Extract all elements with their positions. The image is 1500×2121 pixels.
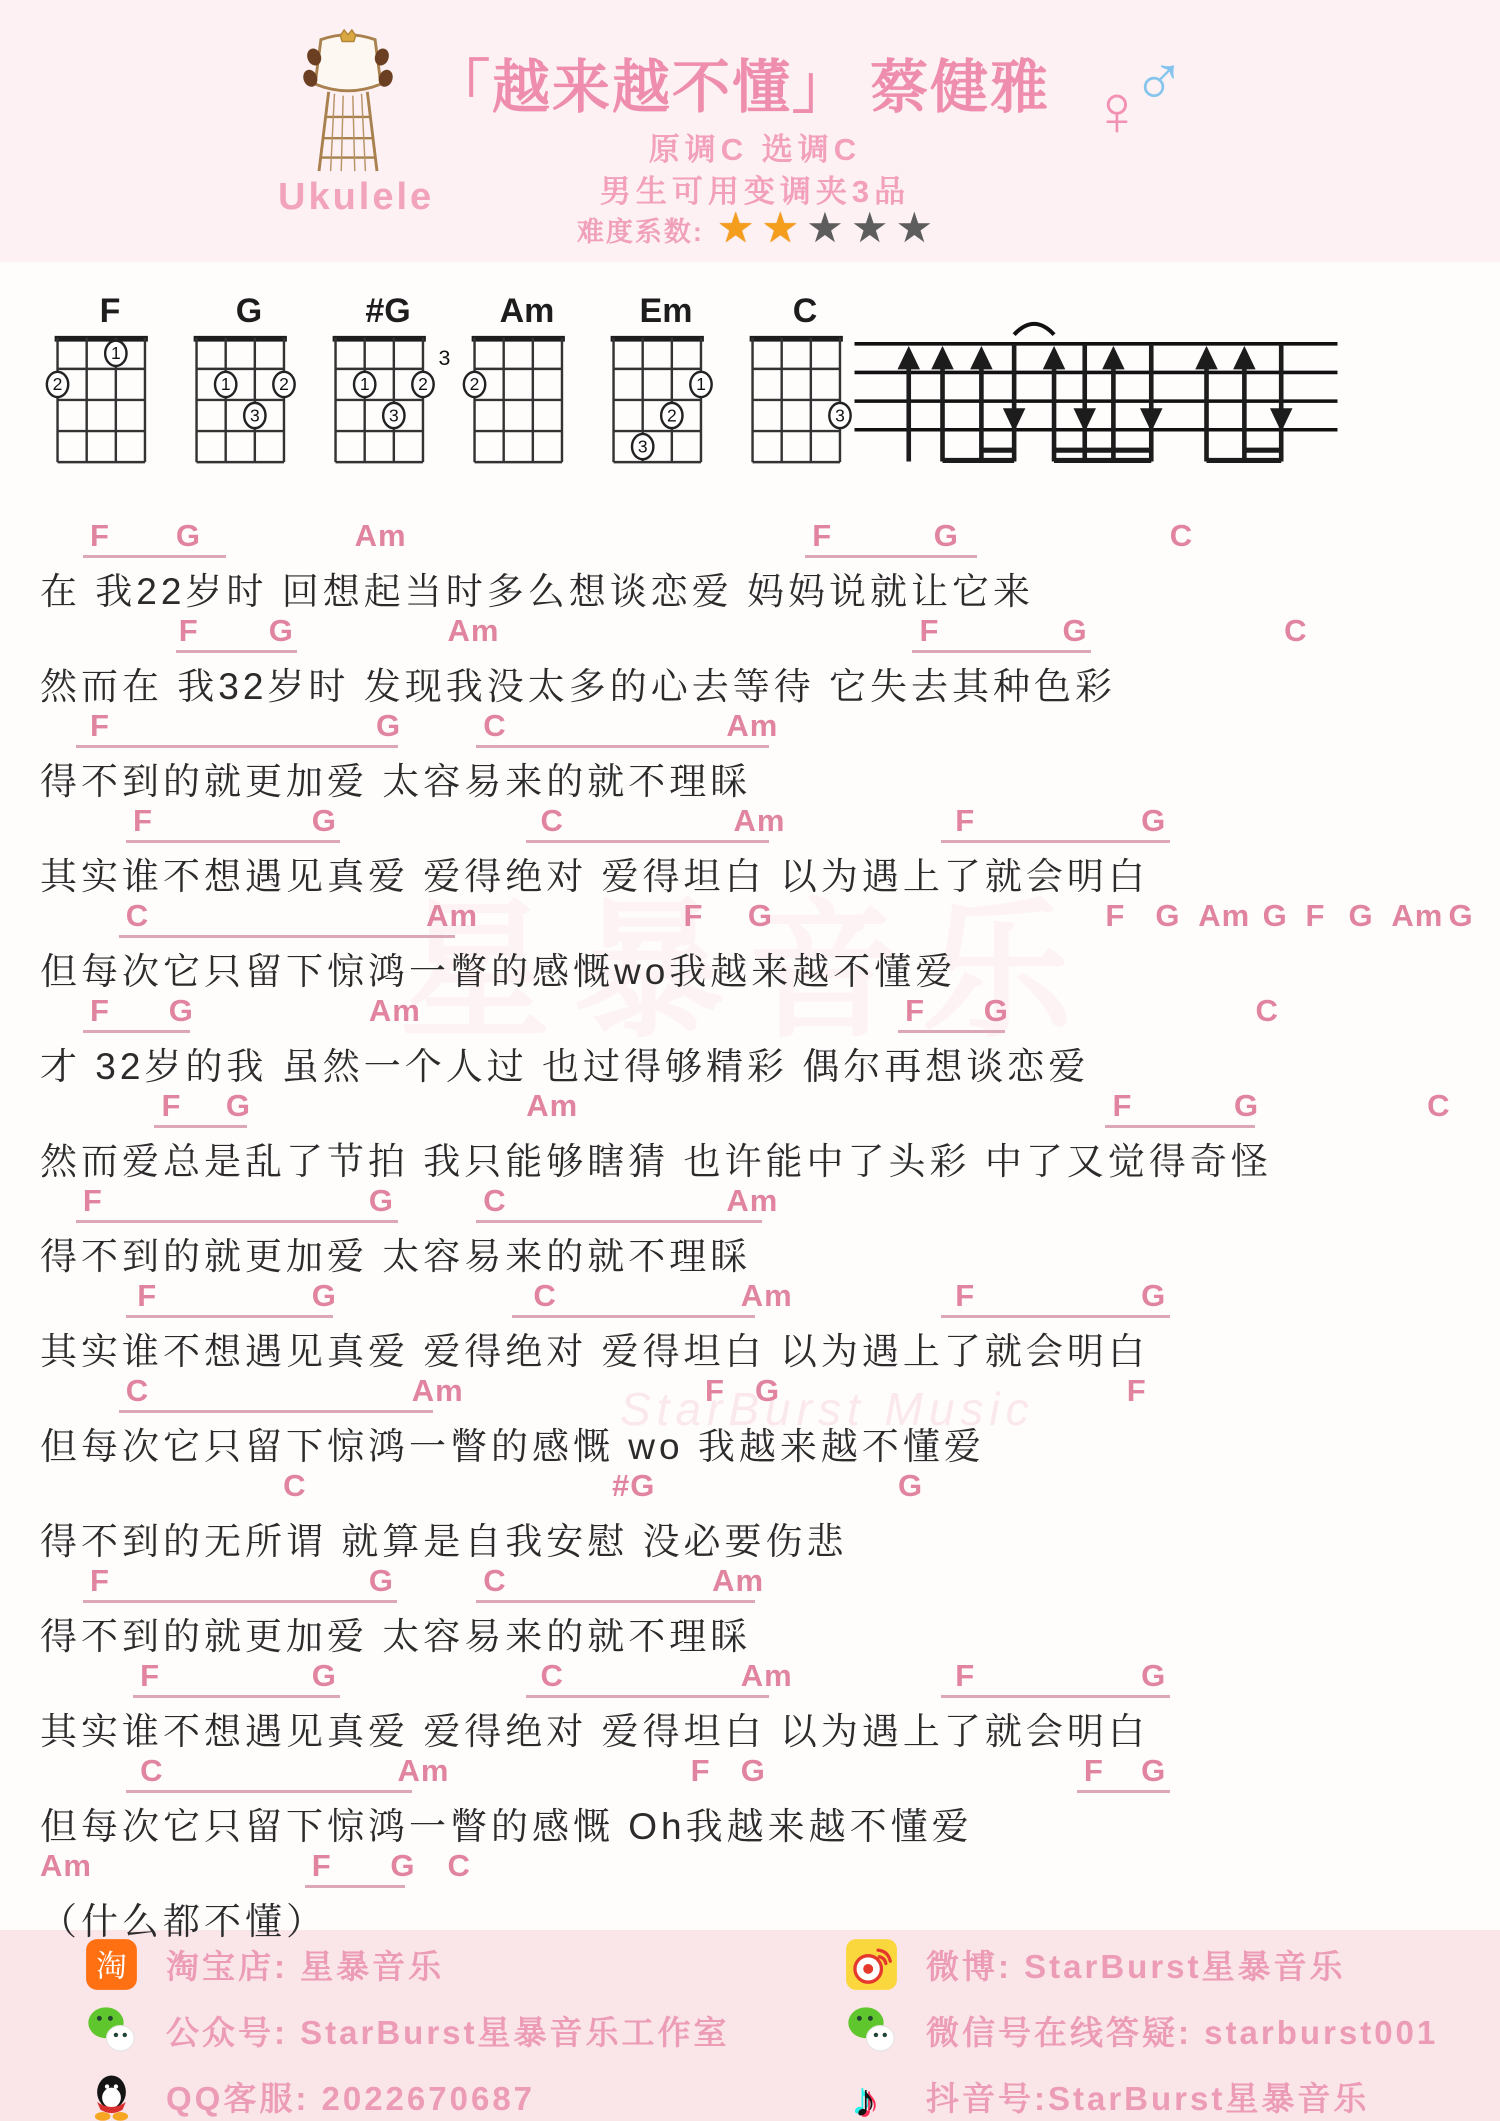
taobao-icon: 淘 <box>85 1938 138 1991</box>
chord-label: G <box>312 1278 337 1314</box>
svg-text:♪: ♪ <box>854 2074 877 2121</box>
chord-label: G <box>984 993 1009 1029</box>
svg-text:2: 2 <box>667 405 677 425</box>
chord-label: G <box>390 1848 415 1884</box>
chord-diagram-Am: Am2 <box>459 292 595 473</box>
svg-text:3: 3 <box>389 405 399 425</box>
chord-label: G <box>176 518 201 554</box>
difficulty-label: 难度系数: <box>577 206 704 249</box>
chord-label: G <box>934 518 959 554</box>
chord-underline <box>1077 1790 1170 1793</box>
chord-row: FGAmFGC <box>40 613 1470 653</box>
chord-row: FGCAm <box>40 1183 1470 1223</box>
lyric-text: 得不到的就更加爱 太容易来的就不理睬 <box>40 1603 1470 1660</box>
chord-underline <box>305 1885 405 1888</box>
lyric-line: FGCAmFG其实谁不想遇见真爱 爱得绝对 爱得坦白 以为遇上了就会明白 <box>40 1658 1470 1753</box>
chord-label: G <box>1348 898 1373 934</box>
chord-label: G <box>741 1753 766 1789</box>
chord-label: F <box>812 518 832 554</box>
lyric-line: FGAmFGC在 我22岁时 回想起当时多么想谈恋爱 妈妈说就让它来 <box>40 518 1470 613</box>
svg-text:3: 3 <box>835 405 845 425</box>
fretboard-grid: 12 <box>42 330 178 468</box>
footer-label: QQ客服: 2022670687 <box>166 2073 535 2120</box>
chord-label: F <box>1105 898 1125 934</box>
chord-label: G <box>898 1468 923 1504</box>
chord-label: Am <box>741 1658 793 1694</box>
chord-name: G <box>181 292 317 330</box>
chord-row: CAmFGFG <box>40 1753 1470 1793</box>
chord-label: G <box>1141 803 1166 839</box>
lyric-line: AmFGC（什么都不懂） <box>40 1848 1470 1943</box>
chord-underline <box>126 1790 412 1793</box>
chord-row: FGCAmFG <box>40 803 1470 843</box>
chord-name: Am <box>459 292 595 330</box>
lyric-text: 才 32岁的我 虽然一个人过 也过得够精彩 偶尔再想谈恋爱 <box>40 1033 1470 1090</box>
tiktok-icon: ♪♪♪ <box>845 2070 898 2121</box>
chord-underline <box>176 650 298 653</box>
lyric-text: 得不到的无所谓 就算是自我安慰 没必要伤悲 <box>40 1508 1470 1565</box>
chord-underline <box>512 1315 755 1318</box>
chord-label: F <box>162 1088 182 1124</box>
footer-contact-row: QQ客服: 2022670687 <box>85 2070 730 2121</box>
lyric-line: CAmFGFG但每次它只留下惊鸿一瞥的感慨 Oh我越来越不懂爱 <box>40 1753 1470 1848</box>
chord-label: Am <box>448 613 500 649</box>
chord-label: Am <box>1391 898 1443 934</box>
chord-label: Am <box>40 1848 92 1884</box>
chord-label: G <box>1141 1278 1166 1314</box>
chord-label: F <box>1306 898 1326 934</box>
lyric-text: （什么都不懂） <box>40 1888 1470 1945</box>
chord-row: CAmFGFGAmGFGAmG <box>40 898 1470 938</box>
lyric-line: CAmFGF但每次它只留下惊鸿一瞥的感慨 wo 我越来越不懂爱 <box>40 1373 1470 1468</box>
chord-underline <box>83 555 226 558</box>
lyric-text: 其实谁不想遇见真爱 爱得绝对 爱得坦白 以为遇上了就会明白 <box>40 1698 1470 1755</box>
chord-label: C <box>126 898 149 934</box>
chord-label: G <box>1141 1753 1166 1789</box>
chord-label: F <box>691 1753 711 1789</box>
chord-underline <box>119 935 455 938</box>
chord-label: F <box>90 993 110 1029</box>
lyric-line: FGCAm得不到的就更加爱 太容易来的就不理睬 <box>40 1183 1470 1278</box>
chord-label: F <box>905 993 925 1029</box>
chord-diagram-G: G123 <box>181 292 317 473</box>
chord-underline <box>941 840 1170 843</box>
footer-contact-row: 微信号在线答疑: starburst001 <box>845 2004 1438 2057</box>
difficulty-row: 难度系数: ★★★★★ <box>430 206 1080 249</box>
lyric-line: FGAmFGC然而在 我32岁时 发现我没太多的心去等待 它失去其种色彩 <box>40 613 1470 708</box>
footer-label: 淘宝店: 星暴音乐 <box>166 1941 444 1988</box>
chord-label: F <box>684 898 704 934</box>
chord-label: G <box>1234 1088 1259 1124</box>
chord-label: C <box>483 708 506 744</box>
chord-underline <box>912 650 1091 653</box>
chord-label: C <box>483 1183 506 1219</box>
chord-label: F <box>705 1373 725 1409</box>
lyric-text: 但每次它只留下惊鸿一瞥的感慨wo我越来越不懂爱 <box>40 938 1470 995</box>
lyric-text: 其实谁不想遇见真爱 爱得绝对 爱得坦白 以为遇上了就会明白 <box>40 843 1470 900</box>
chord-label: Am <box>526 1088 578 1124</box>
chord-label: F <box>312 1848 332 1884</box>
chord-label: G <box>748 898 773 934</box>
chord-underline <box>526 840 769 843</box>
lyric-line: FGCAm得不到的就更加爱 太容易来的就不理睬 <box>40 1563 1470 1658</box>
chord-label: F <box>140 1658 160 1694</box>
chord-underline <box>83 1030 190 1033</box>
chord-sheet-page: 星暴音乐 StarBurst Music Ukulele <box>0 0 1500 2121</box>
star-empty-icon: ★ <box>806 204 844 251</box>
chord-label: G <box>1062 613 1087 649</box>
chord-label: G <box>1141 1658 1166 1694</box>
chord-underline <box>76 745 398 748</box>
song-title: 「越来越不懂」 蔡健雅 <box>432 40 1050 124</box>
chord-row: FGCAm <box>40 1563 1470 1603</box>
lyric-text: 然而在 我32岁时 发现我没太多的心去等待 它失去其种色彩 <box>40 653 1470 710</box>
chord-label: F <box>1084 1753 1104 1789</box>
chord-label: C <box>541 1658 564 1694</box>
chord-underline <box>133 1695 340 1698</box>
chord-name: Em <box>598 292 734 330</box>
svg-text:2: 2 <box>470 374 480 394</box>
strum-pattern <box>850 308 1342 484</box>
chord-label: G <box>312 803 337 839</box>
lyric-text: 其实谁不想遇见真爱 爱得绝对 爱得坦白 以为遇上了就会明白 <box>40 1318 1470 1375</box>
chord-row: CAmFGF <box>40 1373 1470 1413</box>
chord-name: F <box>42 292 178 330</box>
chord-label: C <box>283 1468 306 1504</box>
lyric-line: FGCAmFG其实谁不想遇见真爱 爱得绝对 爱得坦白 以为遇上了就会明白 <box>40 803 1470 898</box>
chord-label: C <box>126 1373 149 1409</box>
lyric-text: 得不到的就更加爱 太容易来的就不理睬 <box>40 1223 1470 1280</box>
chord-row: C#GG <box>40 1468 1470 1508</box>
chord-label: C <box>448 1848 471 1884</box>
chord-label: F <box>179 613 199 649</box>
male-icon: ♂ <box>1132 38 1186 120</box>
footer-contact-row: 公众号: StarBurst星暴音乐工作室 <box>85 2004 730 2057</box>
fretboard-grid: 123 <box>598 330 734 468</box>
chord-label: C <box>1284 613 1307 649</box>
chord-label: C <box>1170 518 1193 554</box>
chord-label: G <box>269 613 294 649</box>
fretboard-grid: 123 <box>181 330 317 468</box>
chord-name: #G <box>320 292 456 330</box>
wechat-icon <box>845 2004 898 2057</box>
chord-label: G <box>226 1088 251 1124</box>
chord-label: Am <box>369 993 421 1029</box>
chord-underline <box>476 1220 762 1223</box>
svg-text:2: 2 <box>53 374 63 394</box>
lyric-line: FGCAmFG其实谁不想遇见真爱 爱得绝对 爱得坦白 以为遇上了就会明白 <box>40 1278 1470 1373</box>
star-empty-icon: ★ <box>851 204 889 251</box>
footer-contact-row: 微博: StarBurst星暴音乐 <box>845 1938 1438 1991</box>
chord-underline <box>1105 1125 1255 1128</box>
svg-text:淘: 淘 <box>96 1949 127 1984</box>
ukulele-logo <box>268 28 428 178</box>
lyric-line: FGCAm得不到的就更加爱 太容易来的就不理睬 <box>40 708 1470 803</box>
chord-label: F <box>133 803 153 839</box>
chord-label: F <box>955 1278 975 1314</box>
lyric-text: 得不到的就更加爱 太容易来的就不理睬 <box>40 748 1470 805</box>
capo-info: 男生可用变调夹3品 <box>430 166 1080 211</box>
chord-label: G <box>1449 898 1474 934</box>
fretboard-grid: 1233 <box>320 330 456 468</box>
chord-label: F <box>83 1183 103 1219</box>
svg-text:1: 1 <box>360 374 370 394</box>
chord-row: FGCAmFG <box>40 1278 1470 1318</box>
lyric-text: 然而爱总是乱了节拍 我只能够瞎猜 也许能中了头彩 中了又觉得奇怪 <box>40 1128 1470 1185</box>
difficulty-stars: ★★★★★ <box>710 207 933 249</box>
chord-label: G <box>1263 898 1288 934</box>
chord-row: FGAmFGC <box>40 518 1470 558</box>
chord-underline <box>476 1600 755 1603</box>
star-filled-icon: ★ <box>762 204 800 251</box>
lyric-text: 但每次它只留下惊鸿一瞥的感慨 Oh我越来越不懂爱 <box>40 1793 1470 1850</box>
chord-label: C <box>1427 1088 1450 1124</box>
chord-underline <box>941 1695 1170 1698</box>
chord-label: F <box>90 1563 110 1599</box>
footer-contact-row: 淘淘宝店: 星暴音乐 <box>85 1938 730 1991</box>
chord-label: F <box>90 518 110 554</box>
chord-row: FGCAm <box>40 708 1470 748</box>
chord-label: Am <box>426 898 478 934</box>
lyric-line: FGAmFGC然而爱总是乱了节拍 我只能够瞎猜 也许能中了头彩 中了又觉得奇怪 <box>40 1088 1470 1183</box>
chord-label: Am <box>726 1183 778 1219</box>
chord-label: G <box>369 1183 394 1219</box>
chord-label: F <box>919 613 939 649</box>
footer-label: 抖音号:StarBurst星暴音乐 <box>926 2073 1369 2120</box>
fretboard-grid: 2 <box>459 330 595 468</box>
lyric-text: 在 我22岁时 回想起当时多么想谈恋爱 妈妈说就让它来 <box>40 558 1470 615</box>
chord-label: Am <box>398 1753 450 1789</box>
chord-label: G <box>376 708 401 744</box>
wechat-icon <box>85 2004 138 2057</box>
footer-left-column: 淘淘宝店: 星暴音乐公众号: StarBurst星暴音乐工作室QQ客服: 202… <box>85 1938 730 2121</box>
svg-text:3: 3 <box>250 405 260 425</box>
chord-underline <box>805 555 977 558</box>
chord-label: G <box>169 993 194 1029</box>
lyrics-section: FGAmFGC在 我22岁时 回想起当时多么想谈恋爱 妈妈说就让它来FGAmFG… <box>40 518 1470 1943</box>
footer-right-column: 微博: StarBurst星暴音乐微信号在线答疑: starburst001♪♪… <box>845 1938 1438 2121</box>
chord-label: G <box>312 1658 337 1694</box>
ukulele-wordmark: Ukulele <box>278 176 434 219</box>
chord-label: Am <box>726 708 778 744</box>
gender-symbols-icon: ♀ ♂ <box>1090 44 1220 164</box>
chord-label: F <box>1113 1088 1133 1124</box>
footer-label: 微信号在线答疑: starburst001 <box>926 2007 1438 2054</box>
key-info: 原调C 选调C <box>430 124 1080 169</box>
chord-label: F <box>1127 1373 1147 1409</box>
chord-underline <box>126 840 341 843</box>
svg-text:3: 3 <box>439 346 451 370</box>
svg-text:1: 1 <box>221 374 231 394</box>
ukulele-headstock-icon <box>273 28 423 173</box>
chord-row: FGAmFGC <box>40 993 1470 1033</box>
chord-underline <box>119 1410 434 1413</box>
footer-contact-row: ♪♪♪抖音号:StarBurst星暴音乐 <box>845 2070 1438 2121</box>
chord-label: C <box>483 1563 506 1599</box>
chord-label: G <box>1155 898 1180 934</box>
chord-label: Am <box>712 1563 764 1599</box>
chord-row: AmFGC <box>40 1848 1470 1888</box>
chord-diagram-Em: Em123 <box>598 292 734 473</box>
svg-text:3: 3 <box>638 436 648 456</box>
chord-row: FGCAmFG <box>40 1658 1470 1698</box>
chord-underline <box>83 1600 398 1603</box>
chord-underline <box>126 1315 333 1318</box>
lyric-line: C#GG得不到的无所谓 就算是自我安慰 没必要伤悲 <box>40 1468 1470 1563</box>
star-filled-icon: ★ <box>717 204 755 251</box>
chord-label: F <box>955 1658 975 1694</box>
chord-underline <box>898 1030 1005 1033</box>
chord-label: Am <box>355 518 407 554</box>
lyric-line: CAmFGFGAmGFGAmG但每次它只留下惊鸿一瞥的感慨wo我越来越不懂爱 <box>40 898 1470 993</box>
lyric-line: FGAmFGC才 32岁的我 虽然一个人过 也过得够精彩 偶尔再想谈恋爱 <box>40 993 1470 1088</box>
chord-diagram-row: F12G123#G1233Am2Em123C3 <box>42 292 876 473</box>
chord-label: Am <box>741 1278 793 1314</box>
chord-label: Am <box>734 803 786 839</box>
chord-label: C <box>1256 993 1279 1029</box>
footer-label: 公众号: StarBurst星暴音乐工作室 <box>166 2007 730 2054</box>
lyric-text: 但每次它只留下惊鸿一瞥的感慨 wo 我越来越不懂爱 <box>40 1413 1470 1470</box>
chord-underline <box>476 745 769 748</box>
svg-text:1: 1 <box>111 343 121 363</box>
svg-text:2: 2 <box>418 374 428 394</box>
chord-label: Am <box>1198 898 1250 934</box>
chord-label: C <box>140 1753 163 1789</box>
chord-underline <box>526 1695 769 1698</box>
star-empty-icon: ★ <box>895 204 933 251</box>
footer-label: 微博: StarBurst星暴音乐 <box>926 1941 1346 1988</box>
chord-row: FGAmFGC <box>40 1088 1470 1128</box>
chord-label: F <box>137 1278 157 1314</box>
chord-underline <box>76 1220 398 1223</box>
chord-diagram-F: F12 <box>42 292 178 473</box>
chord-label: F <box>955 803 975 839</box>
svg-text:2: 2 <box>279 374 289 394</box>
svg-text:1: 1 <box>696 374 706 394</box>
chord-underline <box>154 1125 247 1128</box>
chord-label: C <box>541 803 564 839</box>
qq-icon <box>85 2070 138 2121</box>
weibo-icon <box>845 1938 898 1991</box>
chord-underline <box>941 1315 1170 1318</box>
chord-label: #G <box>612 1468 655 1504</box>
chord-label: F <box>90 708 110 744</box>
chord-label: G <box>369 1563 394 1599</box>
chord-diagram-sharpG: #G1233 <box>320 292 456 473</box>
chord-label: G <box>755 1373 780 1409</box>
chord-label: C <box>533 1278 556 1314</box>
chord-label: Am <box>412 1373 464 1409</box>
